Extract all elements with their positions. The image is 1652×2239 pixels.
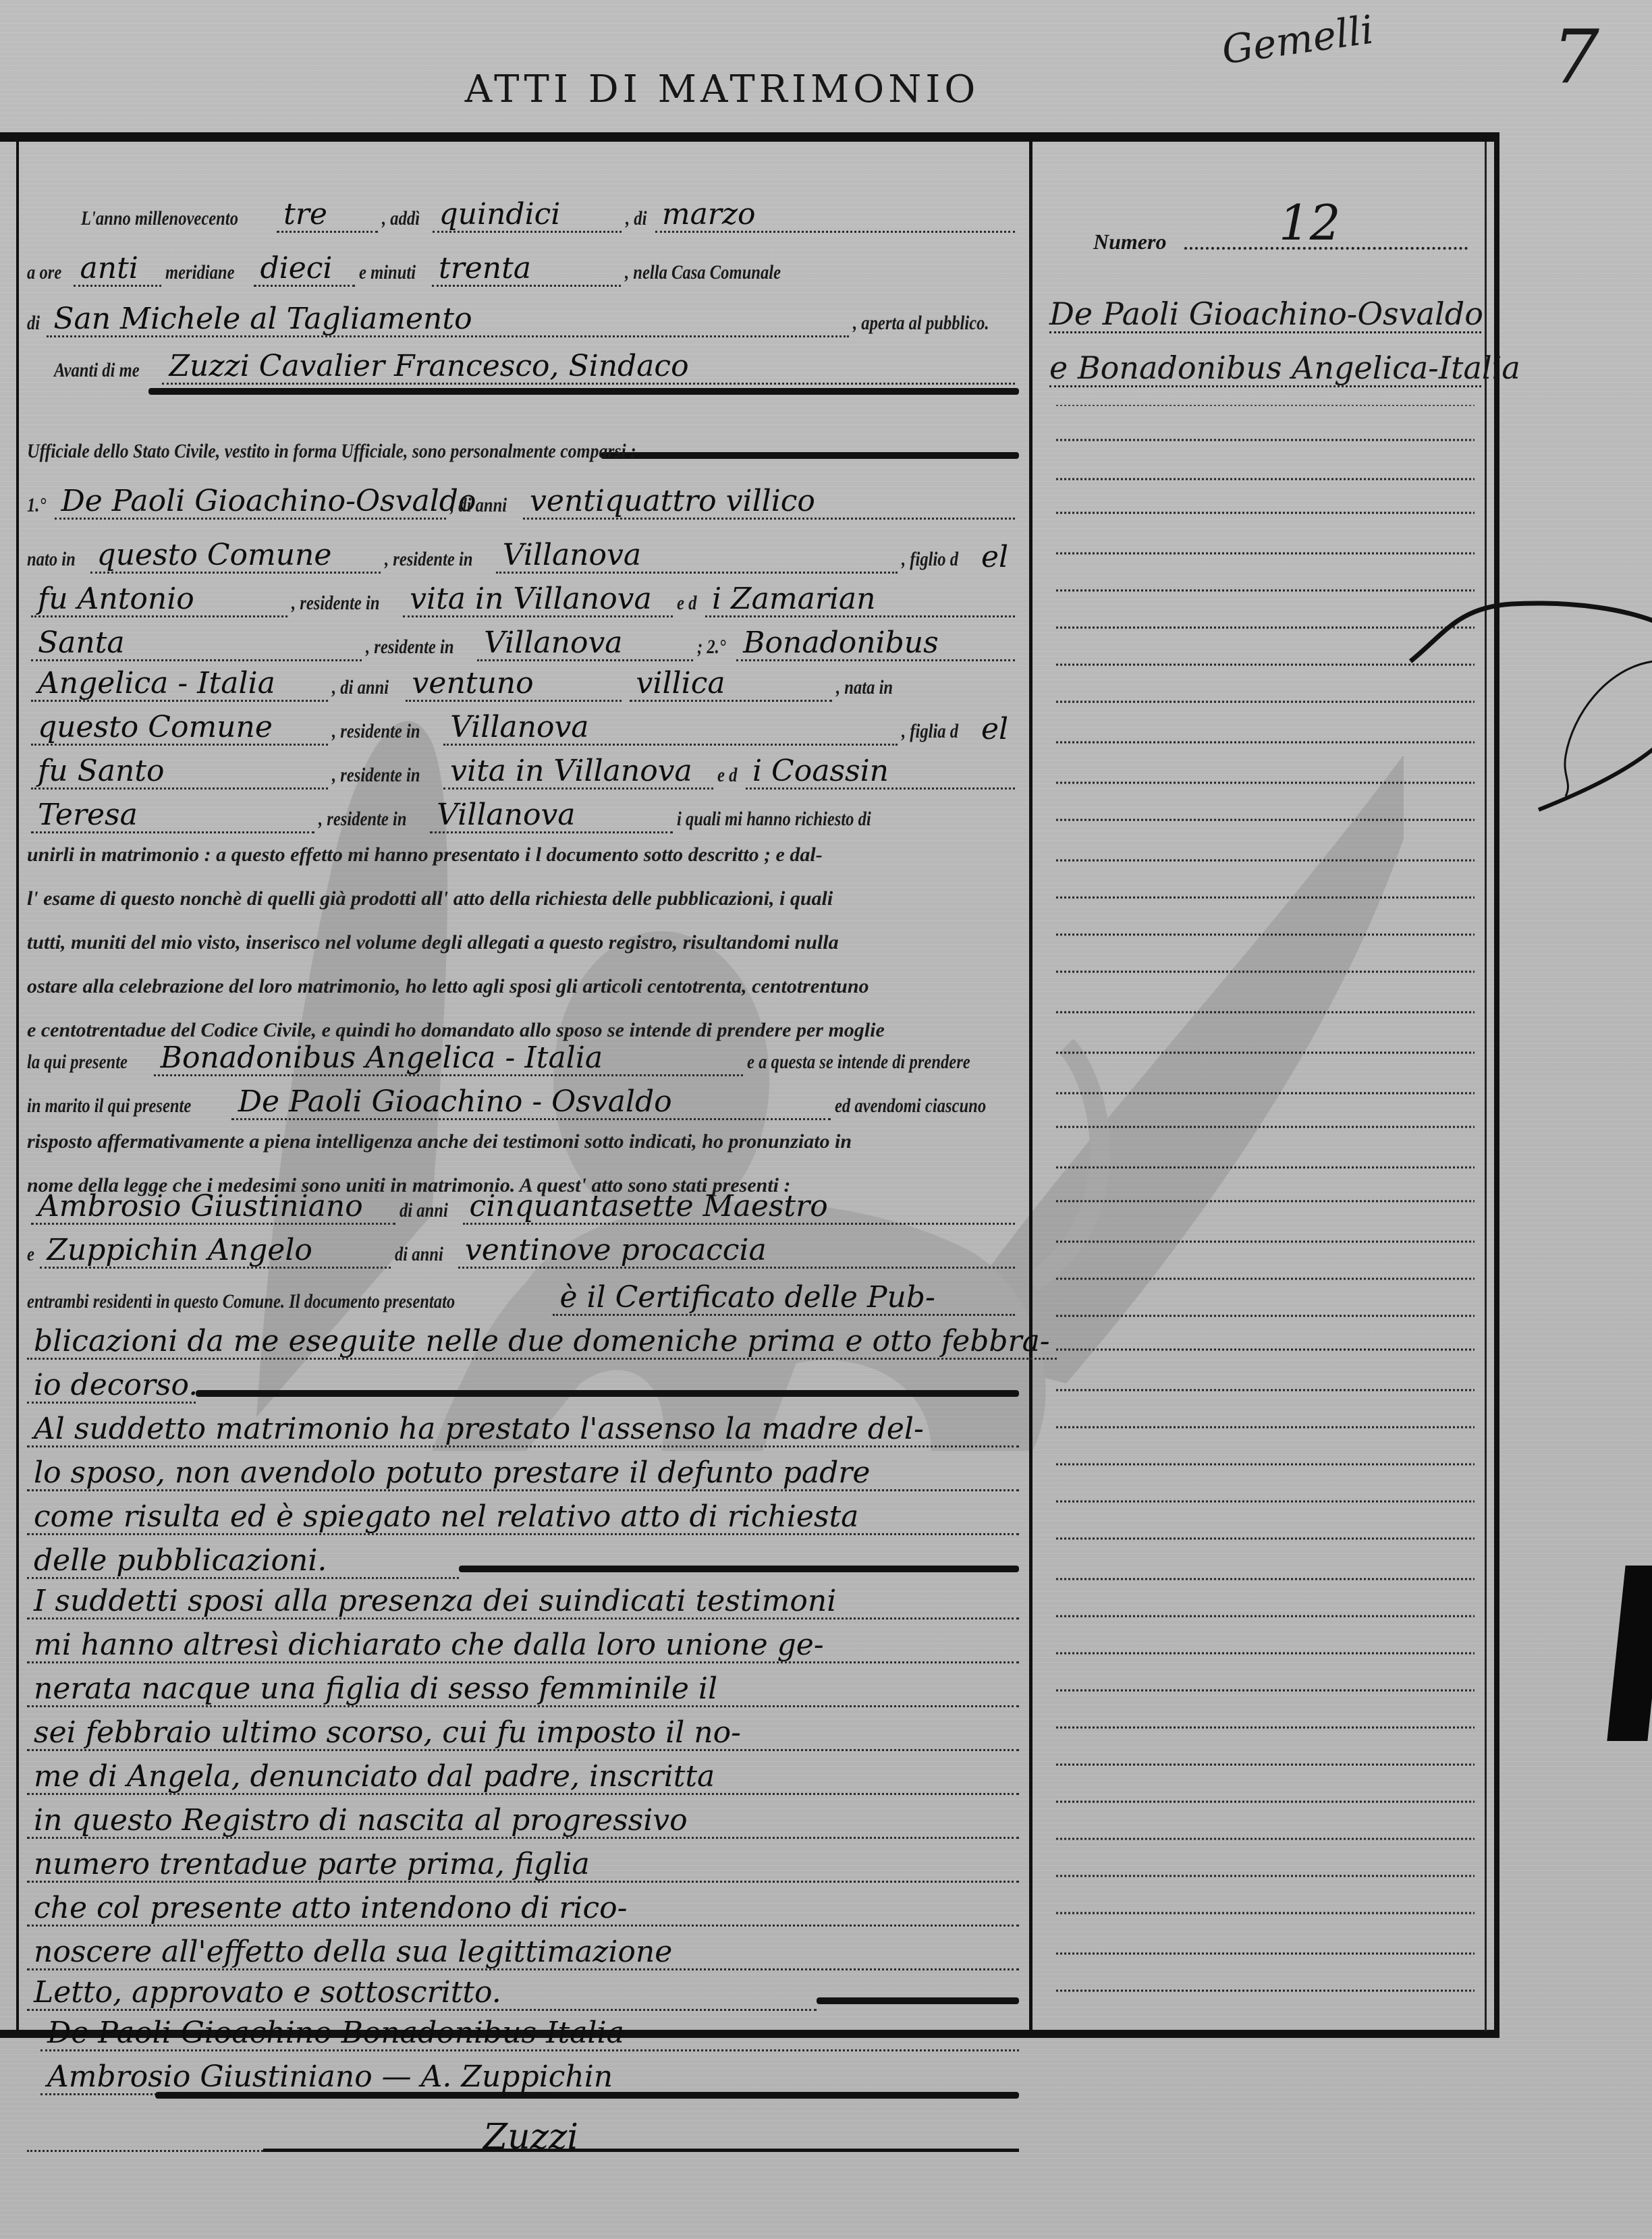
value-witness-1-name: Ambrosio Giustiniano: [31, 1192, 395, 1225]
strike-bar: [817, 1997, 1019, 2004]
value-bride-consent: Bonadonibus Angelica - Italia: [154, 1043, 743, 1076]
note-text: I suddetti sposi alla presenza dei suind…: [27, 1586, 1019, 1620]
value-groom-consent: De Paoli Gioachino - Osvaldo: [231, 1087, 831, 1120]
note-text: che col presente atto intendono di rico-: [27, 1894, 1019, 1927]
label-hour: a ore: [27, 261, 61, 287]
page-title: ATTI DI MATRIMONIO: [0, 67, 1444, 111]
value-bride-mother-first: Teresa: [31, 800, 314, 833]
signature-bar: [27, 2085, 1019, 2105]
para-line: ostare alla celebrazione del loro matrim…: [27, 975, 1019, 1019]
label-and: e: [27, 1243, 34, 1269]
note-line: Al suddetto matrimonio ha prestato l'ass…: [27, 1400, 1019, 1447]
value-suffix: el: [974, 543, 1015, 574]
note-line: me di Angela, denunciato dal padre, insc…: [27, 1748, 1019, 1795]
value-hour: dieci: [254, 254, 355, 287]
line-bride-birth: questo Comune , residente in Villanova ,…: [27, 698, 1019, 746]
label-month: , di: [626, 207, 646, 233]
value-father-residence: vita in Villanova: [403, 584, 673, 617]
line-bride-mother: Teresa , residente in Villanova i quali …: [27, 786, 1019, 833]
value-bride-residence: Villanova: [443, 713, 897, 746]
value-bride-birthplace: questo Comune: [31, 713, 328, 746]
officer-bar: [27, 381, 1019, 402]
numero-value: 12: [1184, 196, 1468, 250]
label-first: 1.°: [27, 494, 46, 520]
note-line: come risulta ed è spiegato nel relativo …: [27, 1488, 1019, 1535]
para-line: tutti, muniti del mio visto, inserisco n…: [27, 931, 1019, 975]
value-minutes: trenta: [432, 254, 621, 287]
value-bride-mother: i Coassin: [746, 756, 1015, 790]
value-groom-age: ventiquattro villico: [523, 487, 1015, 520]
note-line: in questo Registro di nascita al progres…: [27, 1792, 1019, 1839]
para-line: l' esame di questo nonchè di quelli già …: [27, 887, 1019, 931]
label-age: , di anni: [450, 494, 507, 520]
label-day: , addì: [382, 207, 420, 233]
value-bride-mother-residence: Villanova: [430, 800, 673, 833]
label-resident: , residente in: [319, 808, 407, 833]
para-line: risposto affermativamente a piena intell…: [27, 1130, 1019, 1174]
note-text: lo sposo, non avendolo potuto prestare i…: [27, 1458, 1019, 1491]
label-minutes: e minuti: [359, 261, 416, 287]
label-requested: i quali mi hanno richiesto di: [677, 808, 871, 833]
value-witness-2-age: ventinove procaccia: [458, 1236, 1015, 1269]
note-line: lo sposo, non avendolo potuto prestare i…: [27, 1444, 1019, 1491]
strike-bar: [148, 388, 1019, 395]
value-bride-profession: villica: [630, 669, 832, 702]
note-text: Al suddetto matrimonio ha prestato l'ass…: [27, 1414, 1019, 1447]
note-text: nerata nacque una figlia di sesso femmin…: [27, 1674, 1019, 1707]
line-consent-bride: la qui presente Bonadonibus Angelica - I…: [27, 1029, 1019, 1076]
label-open-public: , aperta al pubblico.: [853, 312, 989, 337]
strike-bar: [459, 1566, 1019, 1572]
note-line: io decorso.: [27, 1356, 1019, 1404]
value-suffix: el: [974, 715, 1015, 746]
strike-bar: [601, 452, 1019, 459]
note-text: mi hanno altresì dichiarato che dalla lo…: [27, 1630, 1019, 1663]
line-appeared: Ufficiale dello Stato Civile, vestito in…: [27, 418, 1019, 466]
line-documents: entrambi residenti in questo Comune. Il …: [27, 1269, 1019, 1316]
label-appeared: Ufficiale dello Stato Civile, vestito in…: [27, 440, 636, 466]
note-line: numero trentadue parte prima, figlia: [27, 1835, 1019, 1883]
line-town: di San Michele al Tagliamento , aperta a…: [27, 290, 1019, 337]
note-text: me di Angela, denunciato dal padre, insc…: [27, 1762, 1019, 1795]
strike-bar: [196, 1390, 1019, 1397]
value-witness-2-name: Zuppichin Angelo: [40, 1236, 391, 1269]
value-day: quindici: [433, 200, 622, 233]
line-groom: 1.° De Paoli Gioachino-Osvaldo , di anni…: [27, 472, 1019, 520]
note-text: io decorso.: [27, 1371, 196, 1404]
value-groom-birthplace: questo Comune: [90, 541, 381, 574]
value-officer: Zuzzi Cavalier Francesco, Sindaco: [162, 352, 1015, 385]
signature-rule: [27, 2143, 1019, 2156]
margin-bride-name: e Bonadonibus Angelica-Italia: [1049, 351, 1481, 387]
line-witness-2: e Zuppichin Angelo di anni ventinove pro…: [27, 1221, 1019, 1269]
note-line: mi hanno altresì dichiarato che dalla lo…: [27, 1616, 1019, 1663]
note-text: numero trentadue parte prima, figlia: [27, 1850, 1019, 1883]
note-text: come risulta ed è spiegato nel relativo …: [27, 1502, 1019, 1535]
note-text: sei febbraio ultimo scorso, cui fu impos…: [27, 1718, 1019, 1751]
ruled-lines: [1049, 405, 1481, 2024]
strike-bar: [155, 2092, 1019, 2099]
label-present-m: in marito il qui presente: [27, 1095, 191, 1120]
frame-right-rule: [1485, 142, 1487, 2031]
value-month: marzo: [655, 200, 1015, 233]
note-text: in questo Registro di nascita al progres…: [27, 1806, 1019, 1839]
value-town: San Michele al Tagliamento: [47, 304, 849, 337]
note-text: blicazioni da me eseguite nelle due dome…: [27, 1327, 1057, 1360]
line-officer: Avanti di me Zuzzi Cavalier Francesco, S…: [27, 337, 1019, 385]
page-number: 7: [1552, 13, 1599, 100]
note-line: sei febbraio ultimo scorso, cui fu impos…: [27, 1704, 1019, 1751]
value-document: è il Certificato delle Pub-: [553, 1283, 1015, 1316]
value-groom-residence: Villanova: [496, 541, 898, 574]
value-ante: anti: [74, 254, 161, 287]
margin-groom-name: De Paoli Gioachino-Osvaldo: [1049, 297, 1481, 333]
label-town-hall: , nella Casa Comunale: [625, 261, 781, 287]
frame-left-rule: [16, 142, 19, 2031]
note-line: blicazioni da me eseguite nelle due dome…: [27, 1312, 1019, 1360]
note-line: I suddetti sposi alla presenza dei suind…: [27, 1572, 1019, 1620]
line-bride-father: fu Santo , residente in vita in Villanov…: [27, 742, 1019, 790]
signature-spouses: De Paoli Gioachino Bonadonibus Italia: [40, 2018, 1019, 2051]
numero-label: Numero: [1093, 229, 1166, 254]
label-meridiane: meridiane: [165, 261, 235, 287]
note-line: che col presente atto intendono di rico-: [27, 1879, 1019, 1927]
value-bride-name: Angelica - Italia: [31, 669, 328, 702]
label-age: di anni: [395, 1243, 443, 1269]
line-year: L'anno millenovecento tre , addì quindic…: [27, 186, 1019, 233]
value-groom-father: fu Antonio: [31, 584, 287, 617]
value-groom-name: De Paoli Gioachino-Osvaldo: [55, 487, 446, 520]
column-divider: [1029, 142, 1032, 2031]
value-bride-age: ventuno: [406, 669, 622, 702]
line-groom-birth: nato in questo Comune , residente in Vil…: [27, 526, 1019, 574]
value-bride-father: fu Santo: [31, 756, 328, 790]
label-year: L'anno millenovecento: [81, 207, 238, 233]
label-di: di: [27, 312, 40, 337]
line-groom-father: fu Antonio , residente in vita in Villan…: [27, 570, 1019, 617]
signature-line-spouses: De Paoli Gioachino Bonadonibus Italia: [27, 2004, 1019, 2051]
para-line: unirli in matrimonio : a questo effetto …: [27, 844, 1019, 887]
line-consent-groom: in marito il qui presente De Paoli Gioac…: [27, 1073, 1019, 1120]
value-bride-father-residence: vita in Villanova: [443, 756, 713, 790]
note-line: nerata nacque una figlia di sesso femmin…: [27, 1660, 1019, 1707]
line-time: a ore anti meridiane dieci e minuti tren…: [27, 240, 1019, 287]
value-witness-1-age: cinquantasette Maestro: [463, 1192, 1015, 1225]
label-each: ed avendomi ciascuno: [835, 1095, 986, 1120]
value-year: tre: [277, 200, 378, 233]
line-witness-1: Ambrosio Giustiniano di anni cinquantase…: [27, 1178, 1019, 1225]
line-bride: Angelica - Italia , di anni ventuno vill…: [27, 655, 1019, 702]
value-groom-mother: i Zamarian: [705, 584, 1015, 617]
